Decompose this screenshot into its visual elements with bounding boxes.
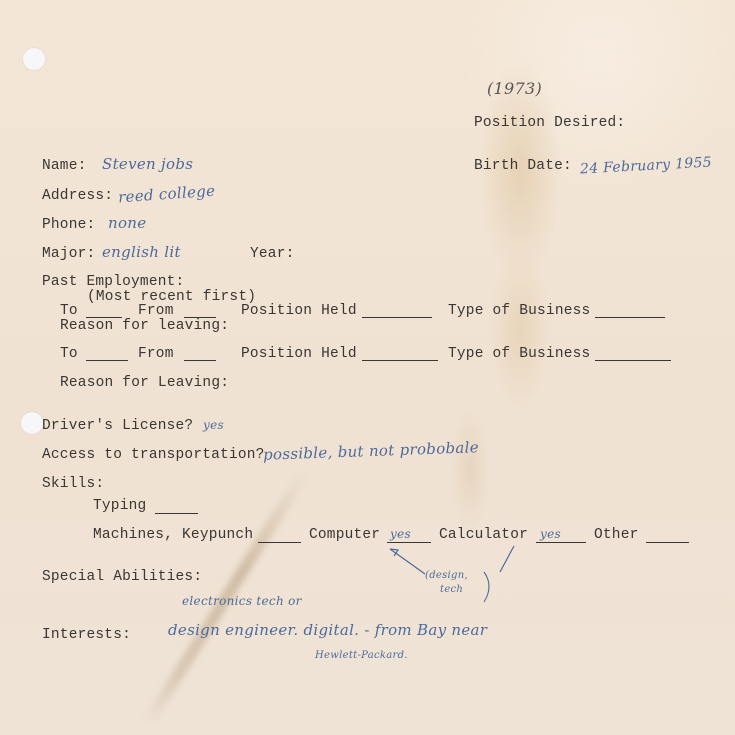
major-value[interactable]: english lit xyxy=(102,243,181,261)
interests-value-line-1[interactable]: design engineer. digital. - from Bay nea… xyxy=(168,621,487,639)
keypunch-field[interactable] xyxy=(258,542,301,543)
employment-1-business-field[interactable] xyxy=(595,317,665,318)
interests-label: Interests: xyxy=(42,627,131,643)
computer-label: Computer xyxy=(309,527,380,543)
typing-label: Typing xyxy=(93,498,146,514)
phone-value[interactable]: none xyxy=(108,214,146,232)
position-desired-label: Position Desired: xyxy=(474,115,625,131)
employment-1-position-field[interactable] xyxy=(362,317,432,318)
calculator-value[interactable]: yes xyxy=(540,527,561,541)
employment-2-to-label: To xyxy=(60,346,78,362)
machines-keypunch-label: Machines, Keypunch xyxy=(93,527,253,543)
phone-label: Phone: xyxy=(42,217,95,233)
skills-label: Skills: xyxy=(42,476,104,492)
employment-1-position-label: Position Held xyxy=(241,303,357,319)
employment-1-to-label: To xyxy=(60,303,78,319)
birth-date-label: Birth Date: xyxy=(474,158,572,174)
name-value[interactable]: Steven jobs xyxy=(102,155,193,173)
special-abilities-value[interactable]: electronics tech or xyxy=(182,594,302,608)
other-field[interactable] xyxy=(646,542,689,543)
punch-hole-top xyxy=(23,48,45,70)
year-note: (1973) xyxy=(487,79,542,98)
transportation-label: Access to transportation? xyxy=(42,447,265,463)
employment-2-position-label: Position Held xyxy=(241,346,357,362)
interests-value-line-2[interactable]: Hewlett-Packard. xyxy=(315,650,408,661)
employment-2-position-field[interactable] xyxy=(362,360,438,361)
employment-2-business-field[interactable] xyxy=(595,360,671,361)
major-label: Major: xyxy=(42,246,95,262)
computer-value[interactable]: yes xyxy=(390,527,411,541)
employment-2-business-label: Type of Business xyxy=(448,346,590,362)
year-label: Year: xyxy=(250,246,295,262)
typing-field[interactable] xyxy=(155,513,198,514)
employment-2-from-field[interactable] xyxy=(184,360,216,361)
annotation-line-2: tech xyxy=(440,584,463,595)
employment-1-from-label: From xyxy=(138,303,174,319)
employment-2-reason-label: Reason for Leaving: xyxy=(60,375,229,391)
employment-1-business-label: Type of Business xyxy=(448,303,590,319)
address-label: Address: xyxy=(42,188,113,204)
punch-hole-middle xyxy=(21,412,43,434)
other-label: Other xyxy=(594,527,639,543)
employment-2-from-label: From xyxy=(138,346,174,362)
special-abilities-label: Special Abilities: xyxy=(42,569,202,585)
drivers-license-label: Driver's License? xyxy=(42,418,193,434)
past-employment-label: Past Employment: xyxy=(42,274,184,290)
drivers-license-value[interactable]: yes xyxy=(203,418,224,432)
employment-2-to-field[interactable] xyxy=(86,360,128,361)
annotation-line-1: (design, xyxy=(425,570,468,581)
calculator-field[interactable] xyxy=(536,542,586,543)
employment-1-reason-label: Reason for leaving: xyxy=(60,318,229,334)
name-label: Name: xyxy=(42,158,87,174)
